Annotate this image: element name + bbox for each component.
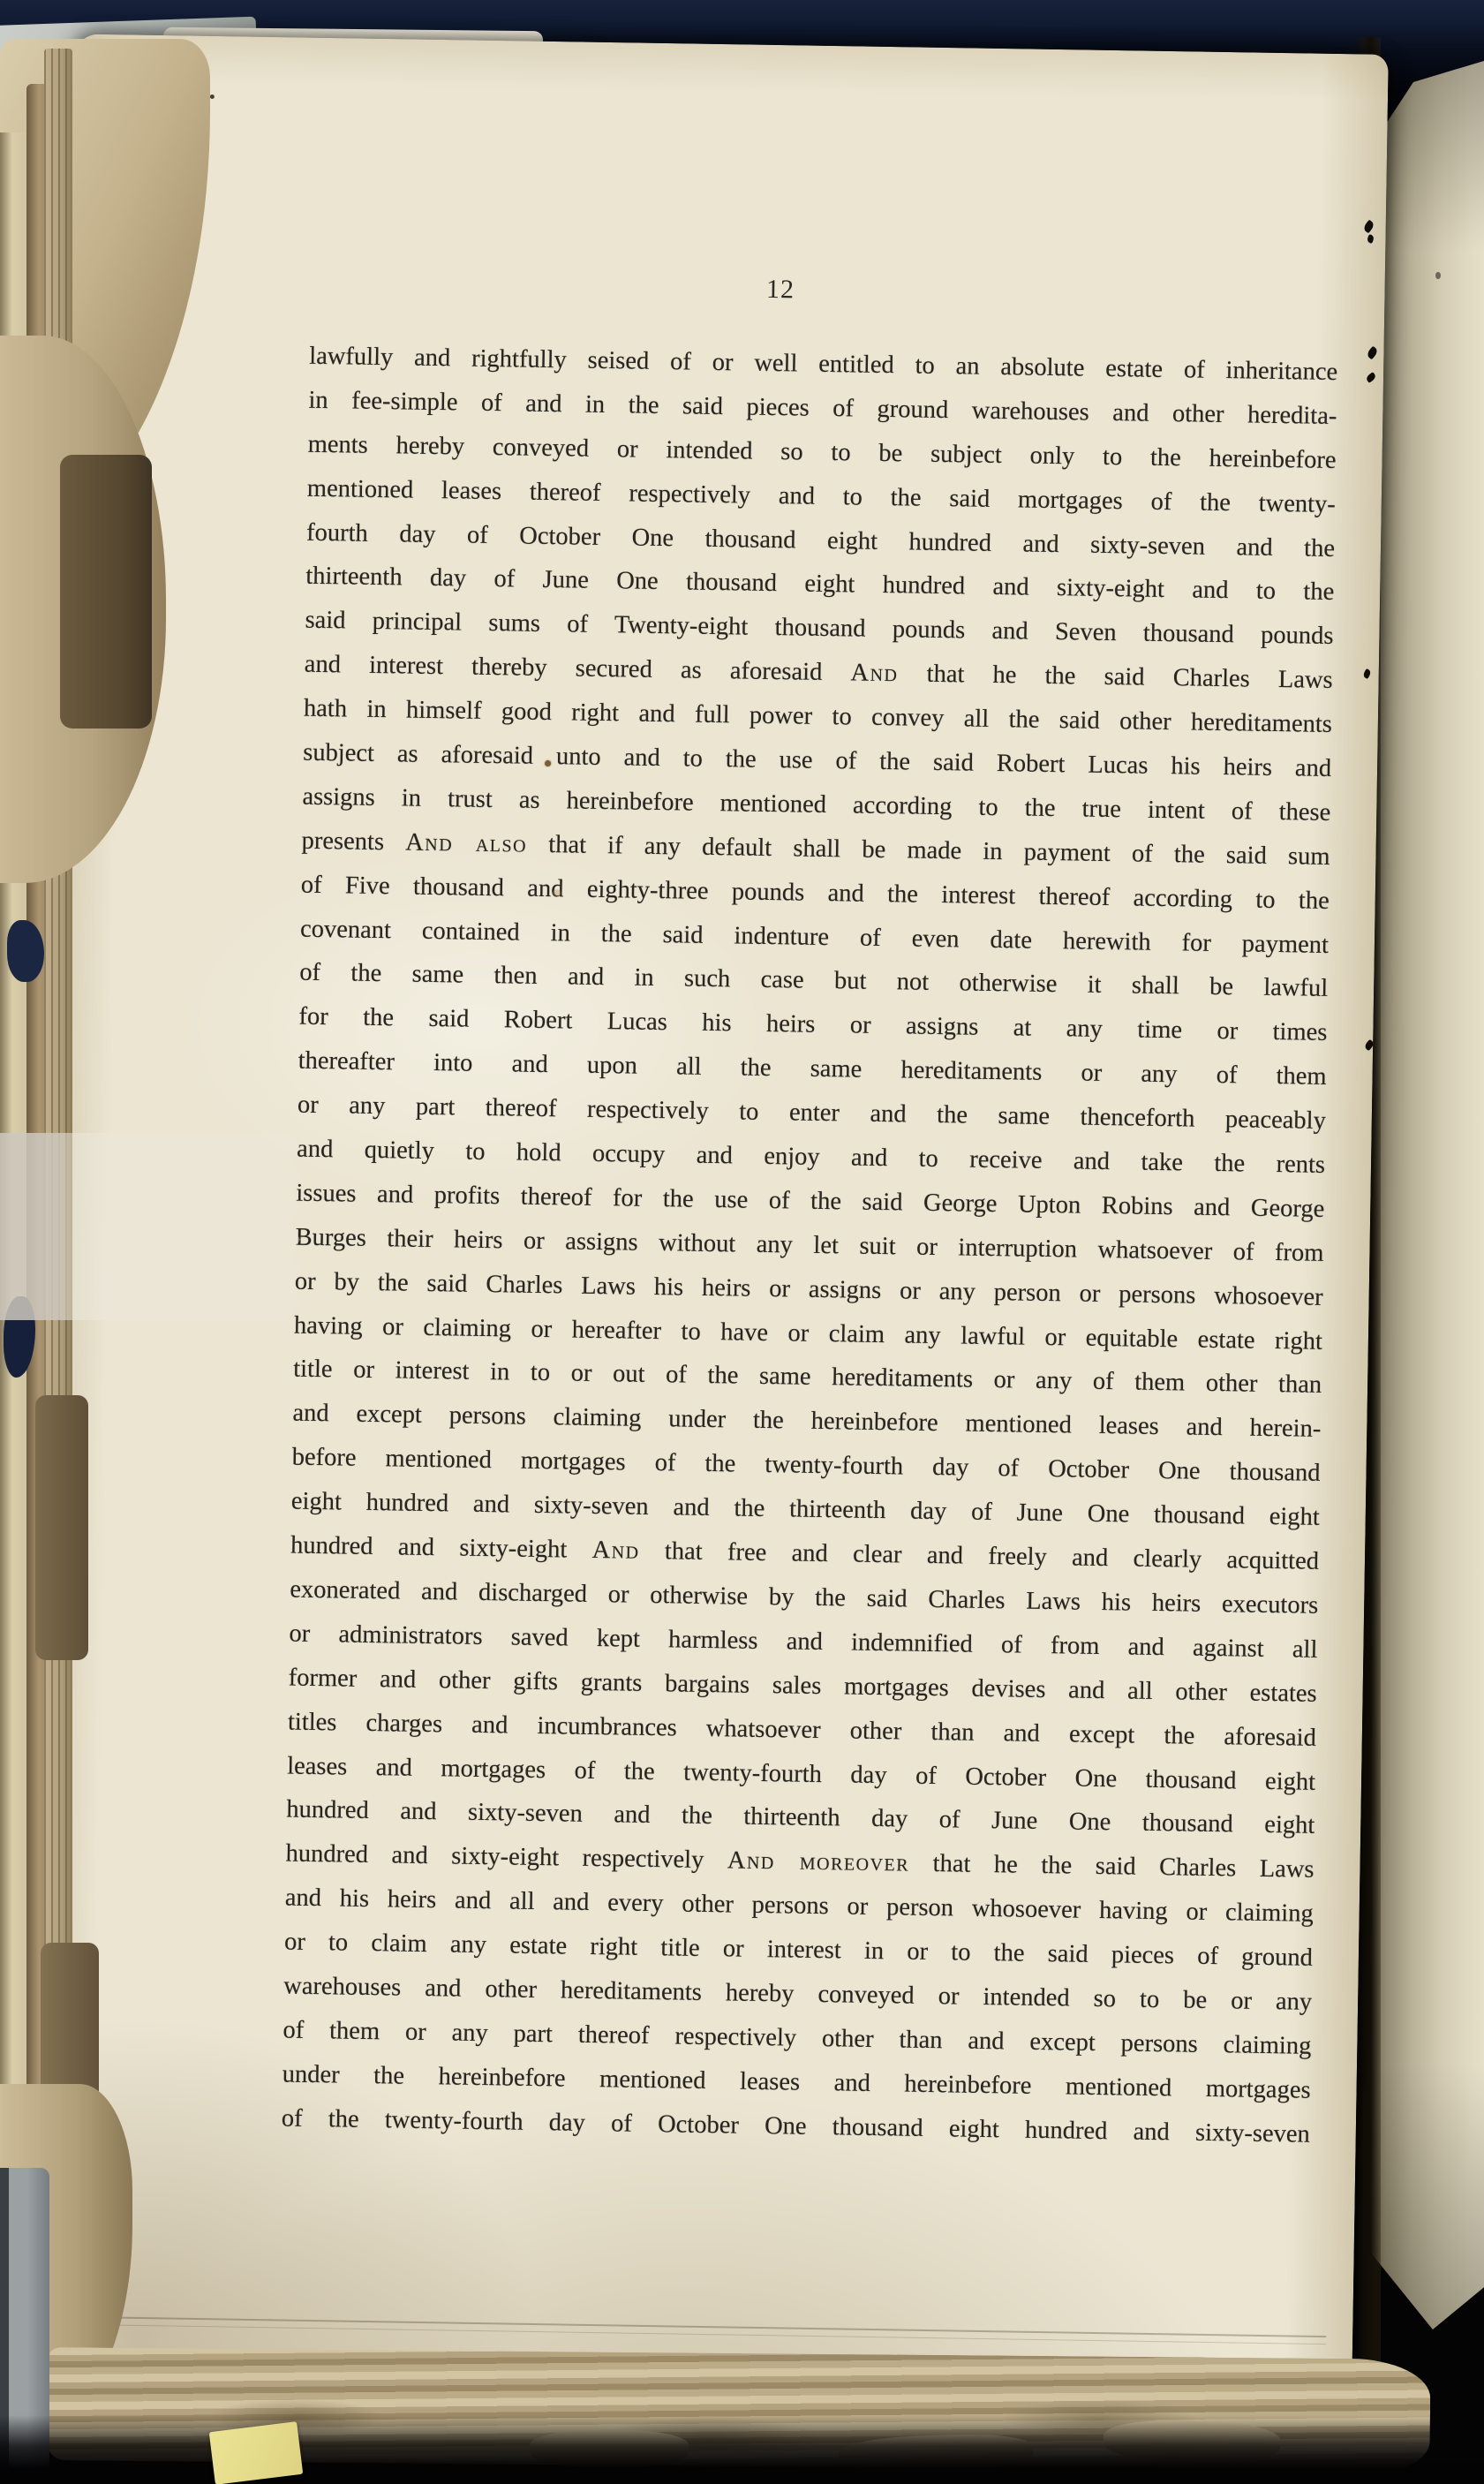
text-segment: presents	[301, 827, 405, 856]
text-segment: hundred and sixty-eight respectively	[285, 1840, 727, 1875]
text-segment: hundred and sixty-eight	[290, 1532, 592, 1564]
repair-tape-band	[0, 1133, 300, 1320]
binding-tape	[60, 455, 152, 729]
facing-page-speck	[1435, 272, 1441, 279]
facing-page-shading	[1370, 40, 1484, 2393]
facing-page	[1370, 40, 1484, 2393]
binding-tape	[35, 1395, 88, 1660]
text-segment: and interest thereby secured as aforesai…	[305, 651, 851, 687]
text-segment: that he the said Charles Laws	[909, 1850, 1315, 1884]
text-segment: that he the said Charles Laws	[898, 660, 1333, 694]
ink-spot	[545, 760, 551, 766]
text-segment: that if any default shall be made in pay…	[527, 830, 1330, 870]
text-segment: that free and clear and freely and clear…	[639, 1537, 1319, 1575]
deed-text-block: lawfully and rightfully seised of or wel…	[282, 335, 1338, 2157]
book-photo-scene: 12 lawfully and rightfully seised of or …	[0, 0, 1484, 2484]
paper-stain	[553, 889, 561, 896]
small-caps-word: And	[850, 660, 898, 688]
small-caps-word: And moreover	[727, 1847, 910, 1877]
yellow-slip	[209, 2421, 304, 2484]
small-caps-word: And also	[405, 828, 527, 857]
small-caps-word: And	[591, 1536, 639, 1565]
page-number: 12	[266, 267, 1294, 313]
